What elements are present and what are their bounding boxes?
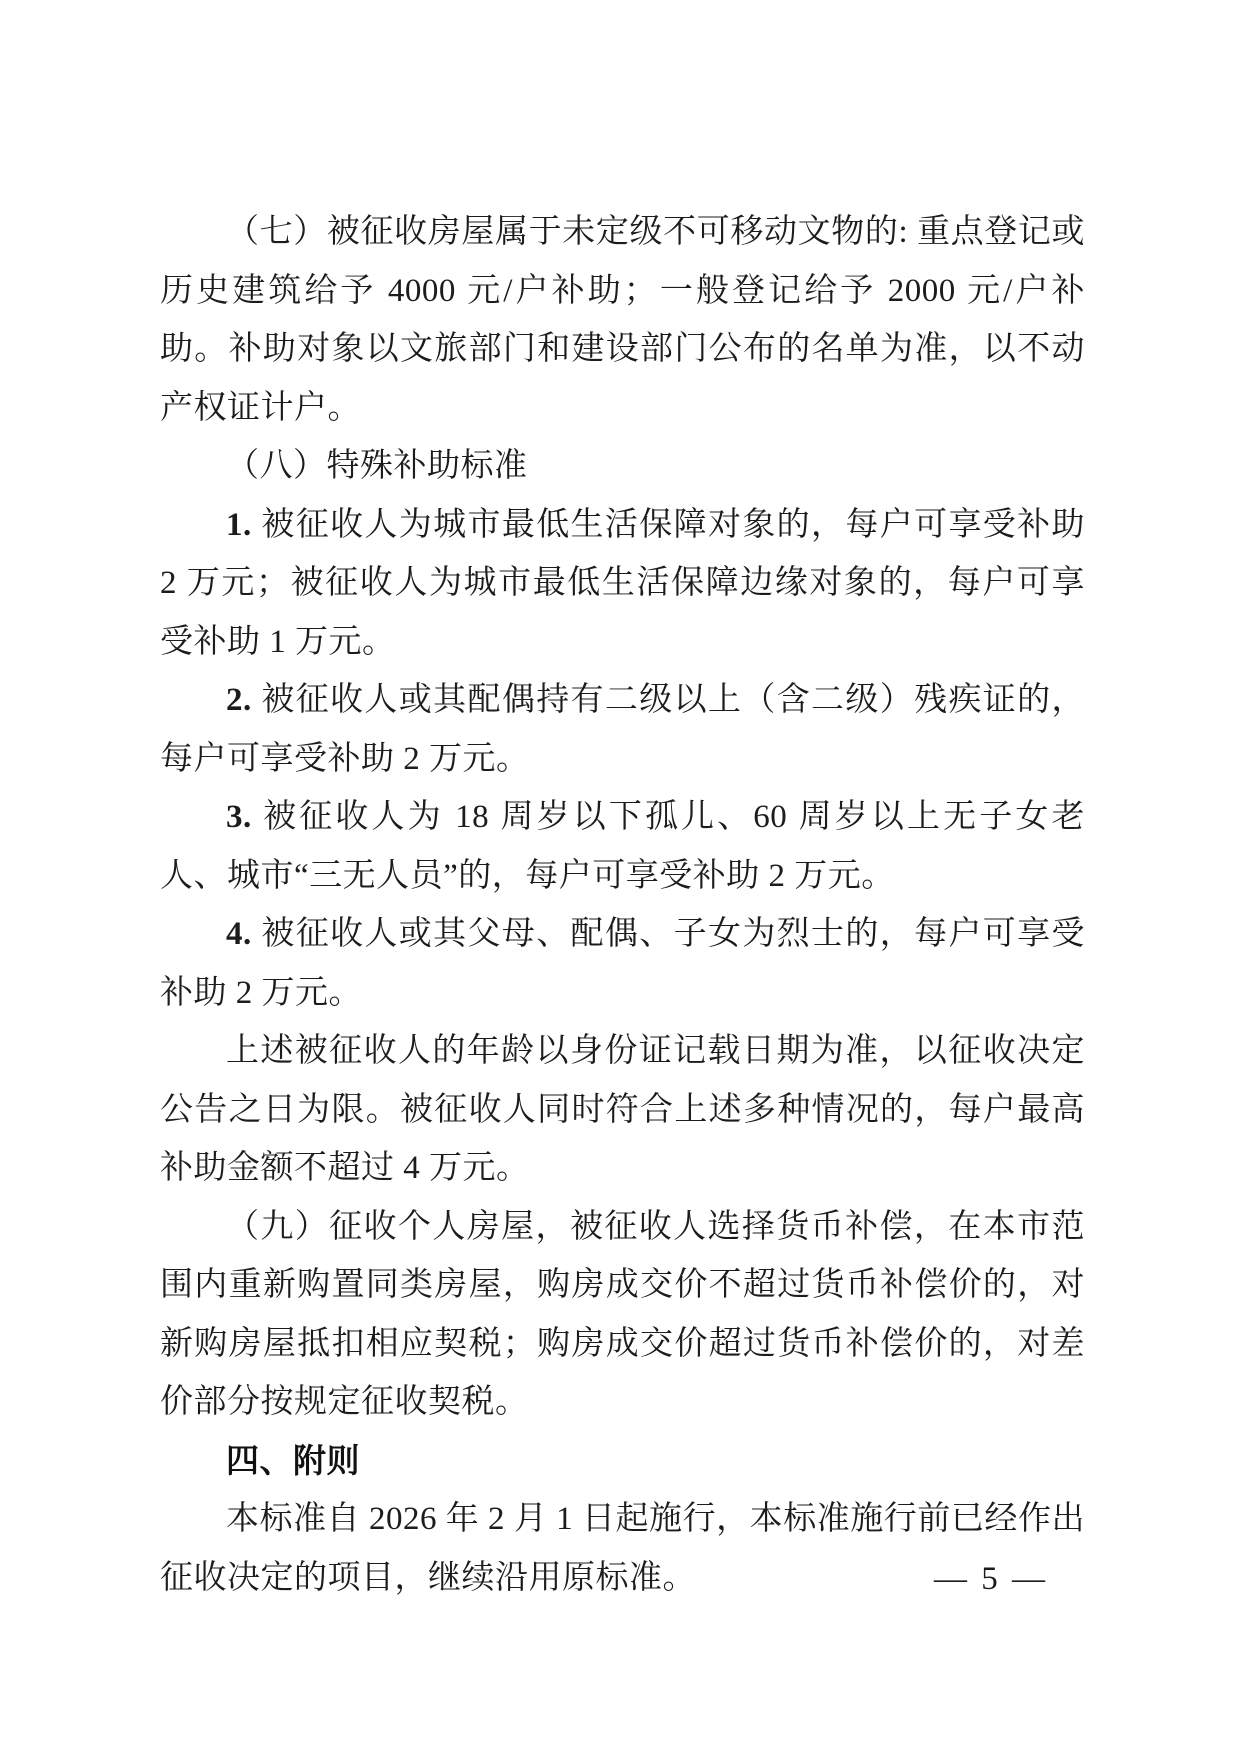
paragraph-text: 被征收人或其配偶持有二级以上（含二级）残疾证的，每户可享受补助 2 万元。: [160, 682, 1085, 777]
paragraph-text: 被征收人为 18 周岁以下孤儿、60 周岁以上无子女老人、城市“三无人员”的，每…: [160, 799, 1085, 894]
paragraph: 上述被征收人的年龄以身份证记载日期为准，以征收决定公告之日为限。被征收人同时符合…: [160, 1022, 1085, 1198]
paragraph: 1. 被征收人为城市最低生活保障对象的，每户可享受补助 2 万元；被征收人为城市…: [160, 496, 1085, 672]
paragraph: 4. 被征收人或其父母、配偶、子女为烈士的，每户可享受补助 2 万元。: [160, 905, 1085, 1022]
paragraph-text: 被征收人或其父母、配偶、子女为烈士的，每户可享受补助 2 万元。: [160, 916, 1085, 1011]
section-heading: 四、附则: [160, 1432, 1085, 1491]
page-number: — 5 —: [934, 1561, 1048, 1598]
document-body: （七）被征收房屋属于未定级不可移动文物的: 重点登记或历史建筑给予 4000 元…: [160, 203, 1085, 1607]
paragraph: 3. 被征收人为 18 周岁以下孤儿、60 周岁以上无子女老人、城市“三无人员”…: [160, 788, 1085, 905]
paragraph-text: 被征收人为城市最低生活保障对象的，每户可享受补助 2 万元；被征收人为城市最低生…: [160, 507, 1085, 660]
document-page: （七）被征收房屋属于未定级不可移动文物的: 重点登记或历史建筑给予 4000 元…: [0, 0, 1240, 1753]
paragraph: （七）被征收房屋属于未定级不可移动文物的: 重点登记或历史建筑给予 4000 元…: [160, 203, 1085, 437]
list-marker: 4.: [226, 916, 252, 952]
list-marker: 3.: [226, 799, 252, 835]
paragraph: （九）征收个人房屋，被征收人选择货币补偿，在本市范围内重新购置同类房屋，购房成交…: [160, 1198, 1085, 1432]
list-marker: 1.: [226, 507, 252, 543]
list-marker: 2.: [226, 682, 252, 718]
paragraph: 2. 被征收人或其配偶持有二级以上（含二级）残疾证的，每户可享受补助 2 万元。: [160, 671, 1085, 788]
paragraph: （八）特殊补助标准: [160, 437, 1085, 496]
